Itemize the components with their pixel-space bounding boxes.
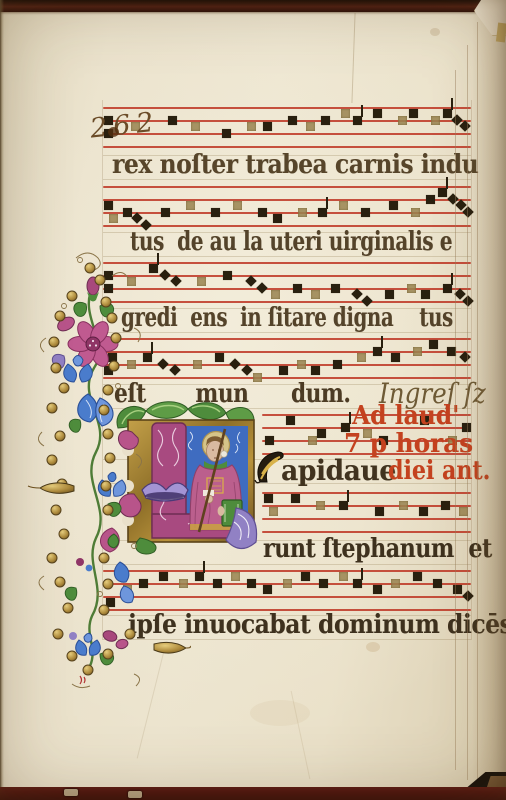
neume-note	[339, 501, 348, 510]
neume-note	[459, 507, 468, 516]
floral-border	[16, 246, 192, 694]
red-pen-mark	[80, 676, 85, 684]
neume-note	[306, 122, 315, 131]
neume-note	[161, 208, 170, 217]
neume-note	[109, 214, 118, 223]
neume-note	[265, 436, 274, 445]
neume-note	[413, 572, 422, 581]
neume-note	[441, 501, 450, 510]
neume-note	[256, 282, 267, 293]
neume-note	[407, 284, 416, 293]
neume-note	[258, 208, 267, 217]
neume-note	[438, 188, 447, 197]
neume-note	[399, 501, 408, 510]
neume-note	[271, 290, 280, 299]
neume-note	[389, 201, 398, 210]
neume-note	[419, 507, 428, 516]
music-staff	[262, 492, 471, 533]
staff-line	[262, 518, 471, 520]
neume-note	[319, 579, 328, 588]
neume-note	[459, 120, 470, 131]
neume-note	[361, 208, 370, 217]
neume-note	[195, 572, 204, 581]
neume-note	[373, 585, 382, 594]
neume-note	[279, 366, 288, 375]
neume-note	[186, 201, 195, 210]
neume-note	[213, 579, 222, 588]
bookmark-tab	[496, 23, 506, 43]
neume-note	[373, 347, 382, 356]
neume-note	[264, 494, 273, 503]
neume-note	[443, 109, 452, 118]
neume-note	[308, 436, 317, 445]
neume-note	[247, 122, 256, 131]
neume-note	[193, 360, 202, 369]
neume-note	[245, 275, 256, 286]
neume-note	[215, 353, 224, 362]
neume-note	[297, 360, 306, 369]
neume-note	[288, 116, 297, 125]
staff-line	[103, 146, 471, 148]
neume-note	[351, 288, 362, 299]
neume-note	[321, 116, 330, 125]
neume-note	[398, 116, 407, 125]
neume-note	[131, 212, 142, 223]
neume-note	[411, 208, 420, 217]
neume-note	[293, 284, 302, 293]
neume-note	[385, 290, 394, 299]
chant-text-line: rex noſter trabea carnis indu	[112, 150, 478, 180]
neume-note	[197, 277, 206, 286]
neume-note	[318, 208, 327, 217]
neume-note	[231, 572, 240, 581]
neume-note	[341, 109, 350, 118]
neume-note	[311, 366, 320, 375]
neume-note	[263, 122, 272, 131]
neume-note	[283, 579, 292, 588]
clasp-fitting	[64, 789, 78, 796]
neume-note	[357, 353, 366, 362]
neume-note	[339, 201, 348, 210]
neume-note	[311, 290, 320, 299]
neume-note	[409, 109, 418, 118]
neume-note	[391, 579, 400, 588]
neume-note	[431, 116, 440, 125]
neume-note	[316, 501, 325, 510]
neume-note	[301, 572, 310, 581]
neume-note	[459, 351, 470, 362]
neume-note	[339, 572, 348, 581]
rubric-line: diei ant.	[388, 456, 490, 486]
neume-note	[247, 579, 256, 588]
staff-line	[262, 505, 471, 507]
neume-note	[223, 271, 232, 280]
neume-note	[298, 208, 307, 217]
acanthus-cluster	[100, 528, 119, 552]
neume-note	[263, 585, 272, 594]
binding-top-edge	[0, 0, 506, 12]
staff-line	[262, 531, 471, 533]
neume-note	[123, 208, 132, 217]
neume-note	[447, 347, 456, 356]
neume-note	[426, 195, 435, 204]
antiphonary-manuscript-photo: 262 rex noſter trabea carnis indu tus de…	[0, 0, 506, 800]
chant-text-line: runt ſtephanum et	[263, 534, 492, 564]
neume-note	[229, 358, 240, 369]
neume-note	[233, 201, 242, 210]
neume-note	[353, 579, 362, 588]
pen-flourish	[254, 450, 286, 486]
neume-note	[241, 364, 252, 375]
neume-note	[317, 429, 326, 438]
neume-note	[433, 579, 442, 588]
rubric-line: 7 p horas	[344, 429, 473, 459]
neume-note	[443, 284, 452, 293]
clasp-fitting	[128, 791, 142, 798]
neume-note	[353, 116, 362, 125]
neume-note	[391, 353, 400, 362]
neume-note	[291, 494, 300, 503]
staff-line	[103, 199, 471, 201]
neume-note	[421, 290, 430, 299]
neume-note	[104, 201, 113, 210]
neume-note	[286, 416, 295, 425]
neume-note	[191, 122, 200, 131]
neume-note	[222, 129, 231, 138]
neume-note	[453, 585, 462, 594]
neume-note	[413, 347, 422, 356]
neume-note	[168, 116, 177, 125]
neume-note	[429, 340, 438, 349]
staff-line	[103, 186, 471, 188]
neume-note	[269, 507, 278, 516]
neume-note	[273, 214, 282, 223]
neume-note	[333, 360, 342, 369]
rubric-line: Ad laud'	[352, 401, 459, 431]
neume-note	[211, 208, 220, 217]
gutter-edge	[0, 0, 4, 800]
neume-note	[375, 507, 384, 516]
neume-note	[373, 109, 382, 118]
ink-blot	[108, 127, 119, 137]
music-staff	[103, 186, 471, 227]
neume-note	[331, 284, 340, 293]
